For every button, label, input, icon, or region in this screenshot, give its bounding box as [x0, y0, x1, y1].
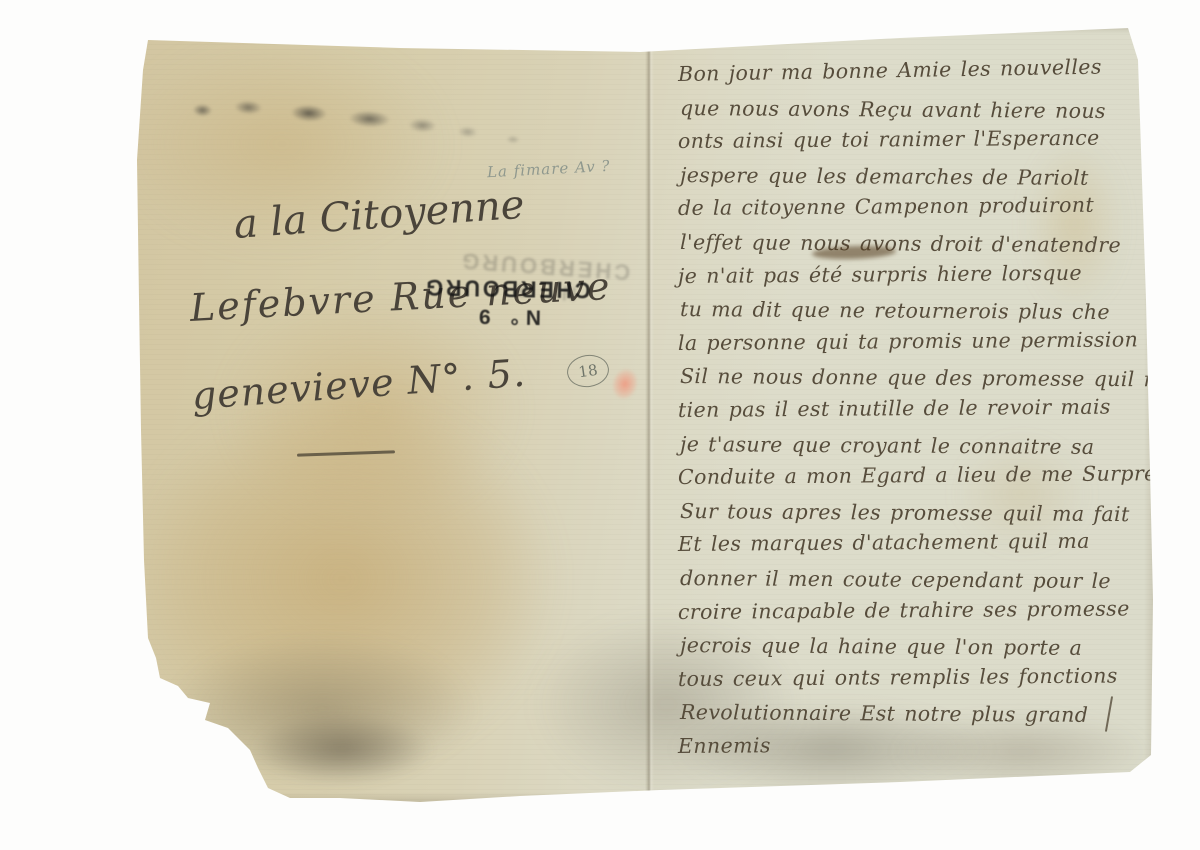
letter-line: tien pas il est inutille de le revoir ma…: [678, 390, 1153, 427]
letter-line: je n'ait pas été surpris hiere lorsque: [678, 256, 1153, 293]
letter-line: Conduite a mon Egard a lieu de me Surpre…: [678, 457, 1153, 494]
letter-line: onts ainsi que toi ranimer l'Esperance: [678, 121, 1153, 158]
letter-line: Bon jour ma bonne Amie les nouvelles: [678, 50, 1154, 92]
letter-sheet: La fimare Av ? a la Citoyenne Lefebvre R…: [112, 24, 1156, 808]
postmark-number: N° 9: [403, 302, 609, 330]
letter-line: de la citoyenne Campenon produiront: [678, 189, 1153, 226]
letter-line: tous ceux qui onts remplis les fonctions: [678, 659, 1153, 696]
cherbourg-postmark-stamp: N° 9 CHERBOURG: [403, 248, 610, 330]
letter-line: la personne qui ta promis une permission: [678, 323, 1153, 360]
postmark-town: CHERBOURG: [410, 273, 604, 303]
letter-line: Ennemis: [678, 726, 1153, 763]
letter-body-text: Bon jour ma bonne Amie les nouvelles que…: [678, 58, 1153, 763]
letter-line: Et les marques d'atachement quil ma: [678, 525, 1153, 562]
letter-line: croire incapable de trahire ses promesse: [678, 592, 1153, 629]
